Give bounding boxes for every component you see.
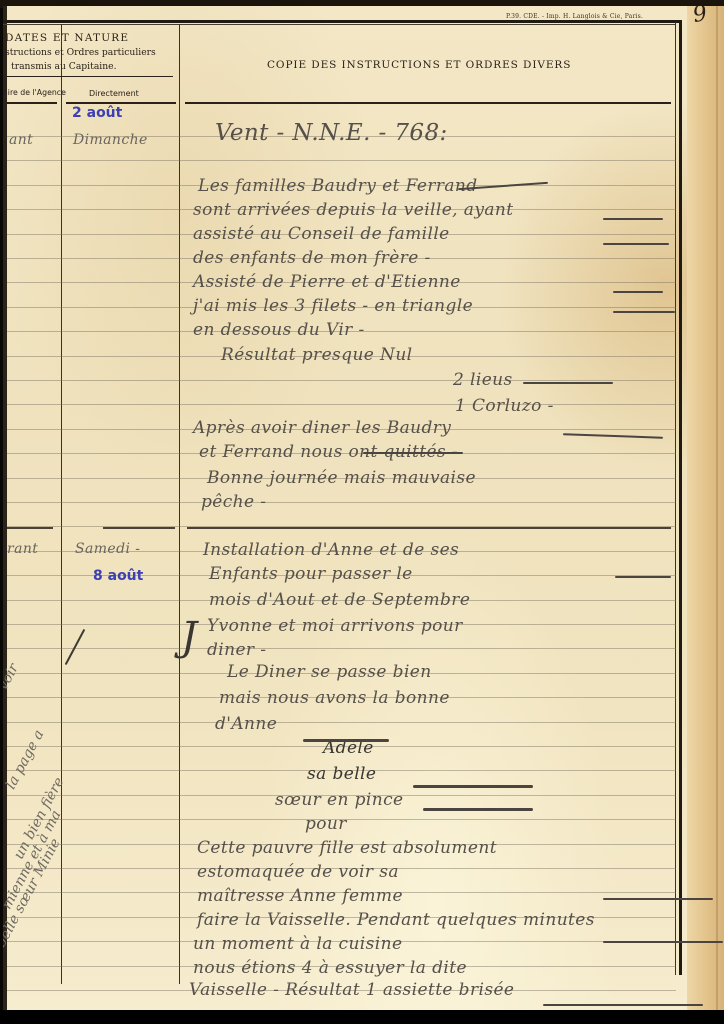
pencil-stroke bbox=[613, 291, 663, 293]
date-annotation-1: 2 août bbox=[72, 105, 122, 121]
pencil-stroke bbox=[303, 739, 389, 742]
strikethrough-stroke bbox=[363, 452, 463, 454]
header-instructions: structions et Ordres particuliers bbox=[5, 47, 156, 58]
page-left-edge bbox=[3, 6, 7, 1010]
entry-2-line-3: mois d'Aout et de Septembre bbox=[209, 590, 470, 610]
margin-note-2: la page a bbox=[3, 727, 47, 792]
entry-separator-main bbox=[187, 527, 671, 529]
entry-1-line-9: Résultat presque Nul bbox=[221, 345, 413, 365]
header-dates-title: DATES ET NATURE bbox=[5, 32, 129, 44]
date-annotation-2: 8 août bbox=[93, 568, 143, 584]
pencil-stroke bbox=[413, 785, 533, 788]
entry-1-line-8: en dessous du Vir - bbox=[193, 320, 365, 340]
entry-2-line-16: faire la Vaisselle. Pendant quelques min… bbox=[197, 910, 595, 930]
entry-2-line-13: Cette pauvre fille est absolument bbox=[197, 838, 497, 858]
entry-2-line-15: maîtresse Anne femme bbox=[197, 886, 403, 906]
entry-2-line-10: sa belle bbox=[307, 764, 376, 784]
ruled-line bbox=[7, 648, 676, 649]
pencil-stroke bbox=[603, 243, 669, 245]
entry-1-line-15: pêche - bbox=[201, 492, 266, 512]
entry-1-line-10: 2 lieus bbox=[453, 370, 513, 390]
ruled-line bbox=[7, 502, 676, 503]
entry-2-line-6: Le Diner se passe bien bbox=[227, 662, 432, 682]
entry-2-line-8: d'Anne bbox=[215, 714, 277, 734]
bottom-border bbox=[0, 1010, 724, 1024]
pencil-stroke bbox=[603, 218, 663, 220]
entry-1-col-agence: ant bbox=[9, 132, 33, 148]
entry-1-line-4: assisté au Conseil de famille bbox=[193, 224, 450, 244]
pencil-stroke bbox=[615, 576, 671, 578]
entry-2-col-directement: Samedi - bbox=[75, 541, 140, 557]
header-main-title: COPIE DES INSTRUCTIONS ET ORDRES DIVERS bbox=[267, 59, 571, 71]
header-rule-main bbox=[185, 102, 671, 104]
header-transmis: transmis au Capitaine. bbox=[11, 61, 117, 72]
pencil-stroke bbox=[613, 311, 675, 313]
entry-1-line-1: Vent - N.N.E. - 768: bbox=[215, 120, 448, 146]
entry-1-line-7: j'ai mis les 3 filets - en triangle bbox=[193, 296, 473, 316]
header-col-agence: aire de l'Agence bbox=[3, 88, 66, 97]
header-rule-agence bbox=[7, 102, 57, 104]
entry-separator-directement bbox=[103, 527, 175, 529]
entry-2-line-5: diner - bbox=[207, 640, 266, 660]
ruled-line bbox=[7, 404, 676, 405]
entry-2-col-agence: rant bbox=[7, 541, 38, 557]
ruled-line bbox=[7, 160, 676, 161]
entry-1-line-14: Bonne journée mais mauvaise bbox=[207, 468, 476, 488]
frame-top-rule-thin bbox=[3, 24, 676, 25]
pencil-stroke bbox=[423, 808, 533, 811]
entry-1-line-3: sont arrivées depuis la veille, ayant bbox=[193, 200, 513, 220]
margin-initial: J bbox=[181, 614, 197, 660]
entry-2-line-17: un moment à la cuisine bbox=[193, 934, 402, 954]
entry-1-line-5: des enfants de mon frère - bbox=[193, 248, 431, 268]
pencil-stroke bbox=[563, 433, 663, 438]
printer-mark: P.39. CDE. - Imp. H. Langlois & Cie, Par… bbox=[506, 13, 643, 20]
header-brace-rule bbox=[7, 76, 173, 77]
column-divider-directement bbox=[179, 24, 180, 984]
ruled-line bbox=[7, 722, 676, 723]
header-col-directement: Directement bbox=[89, 89, 139, 98]
column-divider-agence bbox=[61, 24, 62, 984]
entry-1-line-12: Après avoir diner les Baudry bbox=[193, 418, 451, 438]
entry-2-line-1: Installation d'Anne et de ses bbox=[203, 540, 459, 560]
entry-2-line-7: mais nous avons la bonne bbox=[219, 688, 450, 708]
entry-2-line-19: Vaisselle - Résultat 1 assiette brisée bbox=[189, 980, 514, 1000]
pencil-stroke bbox=[523, 382, 613, 384]
margin-pen-stroke bbox=[65, 629, 86, 665]
entry-2-line-14: estomaquée de voir sa bbox=[197, 862, 399, 882]
entry-2-line-18: nous étions 4 à essuyer la dite bbox=[193, 958, 467, 978]
entry-2-line-4: Yvonne et moi arrivons pour bbox=[207, 616, 463, 636]
logbook-page: P.39. CDE. - Imp. H. Langlois & Cie, Par… bbox=[3, 6, 724, 1010]
entry-2-line-2: Enfants pour passer le bbox=[209, 564, 413, 584]
entry-separator-agence bbox=[7, 527, 53, 529]
entry-1-col-directement: Dimanche bbox=[73, 132, 148, 148]
frame-top-rule bbox=[3, 20, 682, 23]
entry-1-line-2: Les familles Baudry et Ferrand bbox=[198, 176, 478, 196]
entry-1-line-11: 1 Corluzo - bbox=[455, 396, 554, 416]
underline-stroke bbox=[543, 1004, 703, 1006]
frame-right-rule bbox=[679, 22, 682, 975]
pencil-stroke bbox=[603, 898, 713, 900]
entry-2-line-11: sœur en pince bbox=[275, 790, 403, 810]
pencil-stroke bbox=[603, 941, 723, 943]
entry-1-line-6: Assisté de Pierre et d'Etienne bbox=[193, 272, 461, 292]
ruled-line bbox=[7, 380, 676, 381]
entry-2-line-12: pour bbox=[305, 814, 347, 834]
header-rule-directement bbox=[66, 102, 176, 104]
page-right-margin bbox=[687, 6, 724, 1010]
frame-right-rule-thin bbox=[675, 22, 676, 975]
